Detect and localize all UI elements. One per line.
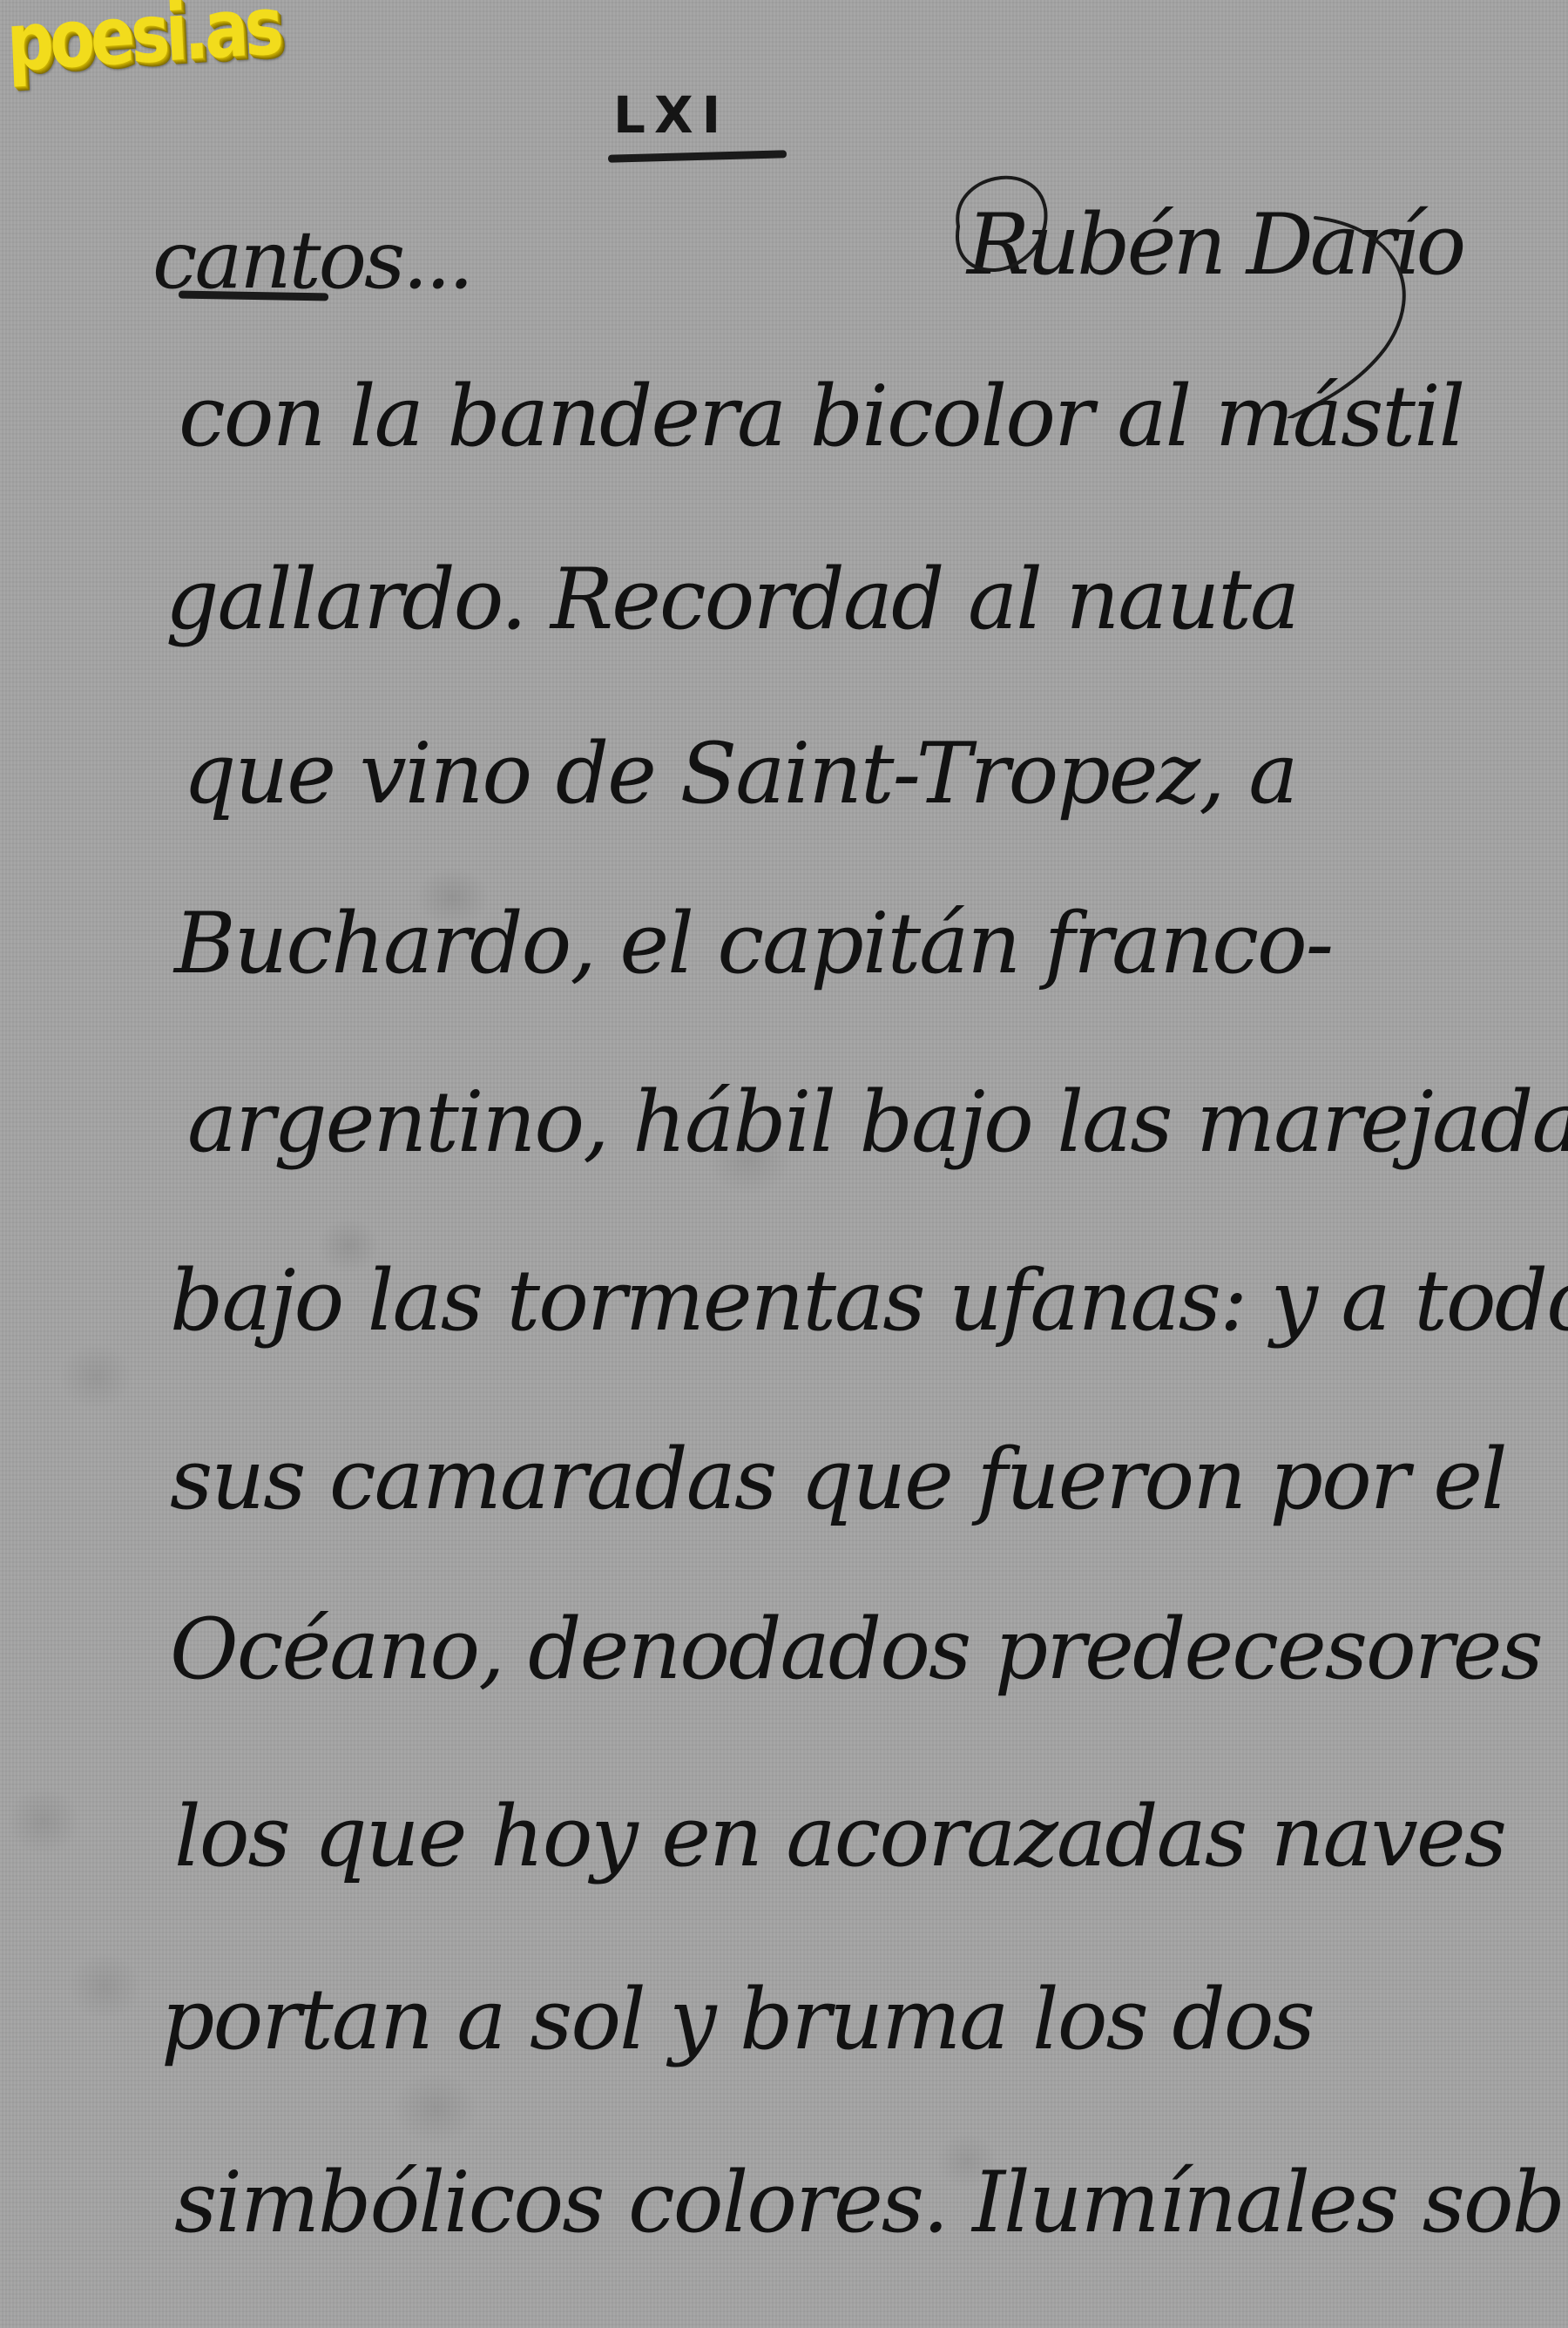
manuscript-line: gallardo. Recordad al nauta — [166, 558, 1298, 641]
chapter-heading: LXI — [613, 85, 729, 145]
manuscript-line: bajo las tormentas ufanas: y a todos — [170, 1259, 1568, 1343]
manuscript-line: Buchardo, el capitán franco- — [174, 902, 1332, 985]
manuscript-line: con la bandera bicolor al mástil — [179, 375, 1463, 458]
heading-underline — [608, 150, 787, 162]
manuscript-line: portan a sol y bruma los dos — [161, 1978, 1314, 2061]
manuscript-line: simbólicos colores. Ilumínales sobre — [174, 2161, 1568, 2244]
manuscript-page: poesi.as LXI cantos... Rubén Darío con l… — [0, 0, 1568, 2328]
manuscript-line: argentino, hábil bajo las marejadas, — [187, 1080, 1568, 1164]
manuscript-line: los que hoy en acorazadas naves — [174, 1795, 1505, 1878]
manuscript-line: Océano, denodados predecesores de — [170, 1607, 1568, 1691]
author-signature: Rubén Darío — [967, 196, 1463, 294]
manuscript-line: que vino de Saint-Tropez, a — [183, 732, 1296, 815]
poesias-logo[interactable]: poesi.as — [5, 0, 280, 84]
manuscript-line: sus camaradas que fueron por el — [170, 1438, 1506, 1521]
